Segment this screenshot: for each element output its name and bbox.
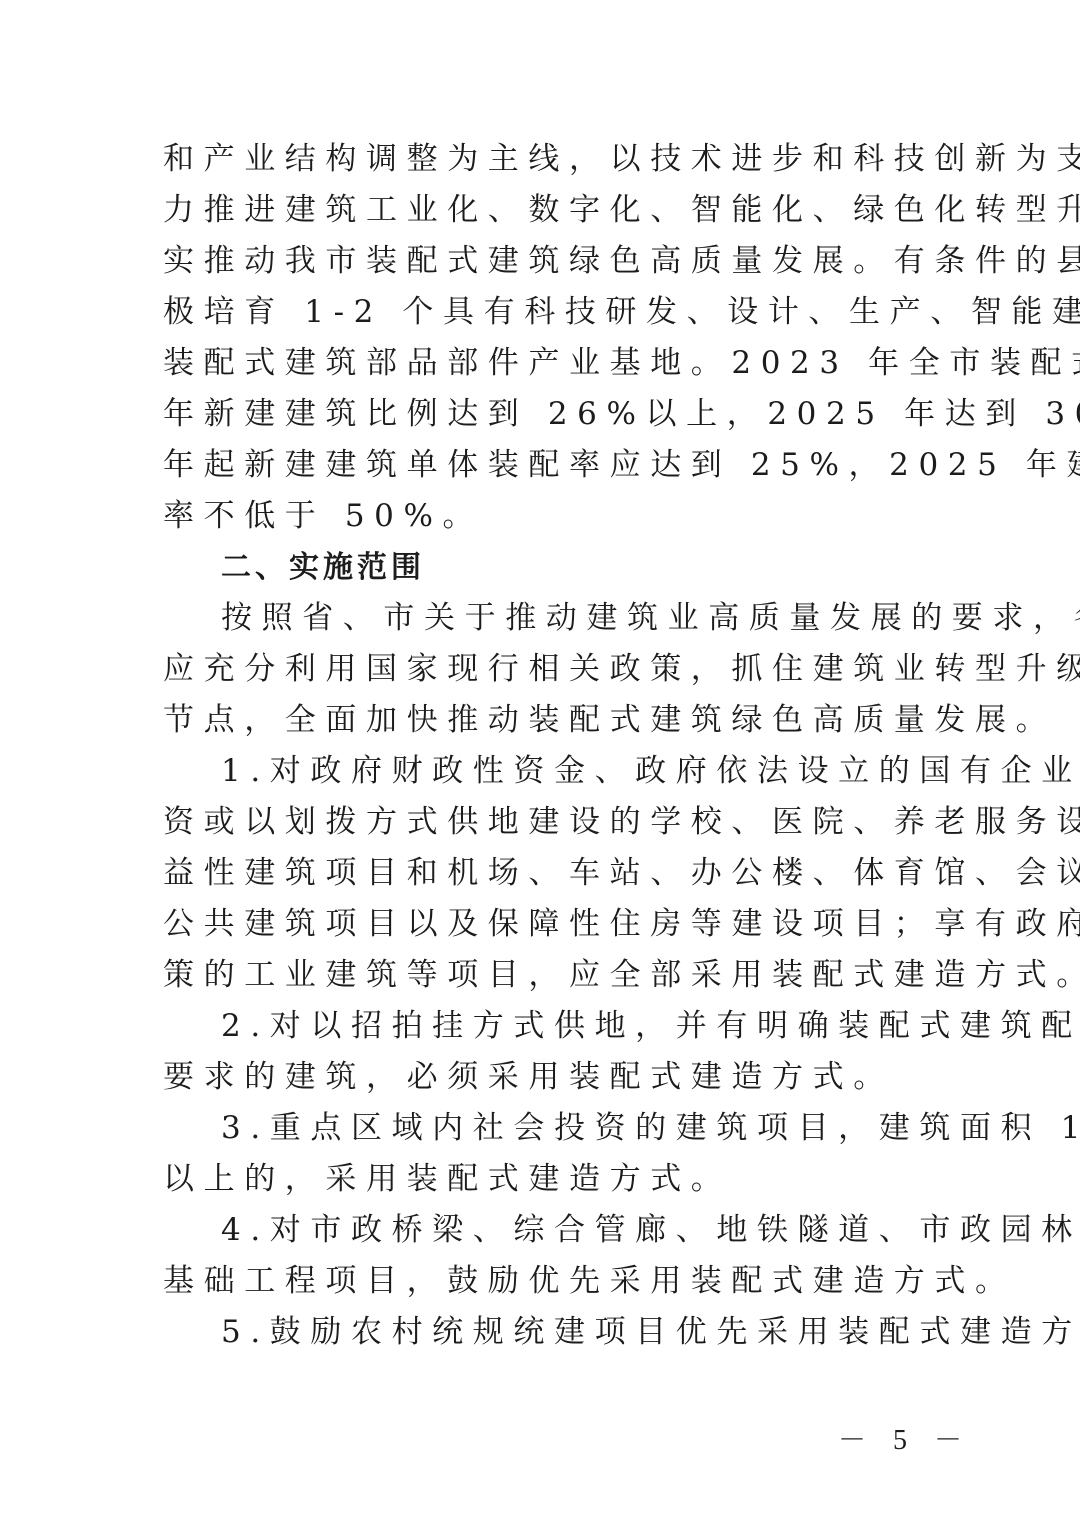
document-page: 和产业结构调整为主线，以技术进步和科技创新为支撑，大 力推进建筑工业化、数字化、… — [163, 134, 923, 1358]
text-line: 5.鼓励农村统规统建项目优先采用装配式建造方式。 — [163, 1307, 923, 1358]
text-line: 极培育 1-2 个具有科技研发、设计、生产、智能建造能力的 — [163, 287, 923, 338]
text-line: 公共建筑项目以及保障性住房等建设项目；享有政府扶持政 — [163, 899, 923, 950]
list-item-2: 2.对以招拍挂方式供地，并有明确装配式建筑配建比例 要求的建筑，必须采用装配式建… — [163, 1001, 923, 1103]
text-line: 3.重点区域内社会投资的建筑项目，建筑面积 1 万平米 — [163, 1103, 923, 1154]
text-line: 1.对政府财政性资金、政府依法设立的国有企业全额投 — [163, 746, 923, 797]
text-line: 年起新建建筑单体装配率应达到 25%，2025 年建筑单体装配 — [163, 440, 923, 491]
text-line: 按照省、市关于推动建筑业高质量发展的要求，各县区 — [163, 593, 923, 644]
page-number: － 5 － — [838, 1418, 972, 1458]
text-line: 2.对以招拍挂方式供地，并有明确装配式建筑配建比例 — [163, 1001, 923, 1052]
text-line: 年新建建筑比例达到 26%以上，2025 年达到 30%以上。2023 — [163, 389, 923, 440]
text-line: 应充分利用国家现行相关政策，抓住建筑业转型升级的关键 — [163, 644, 923, 695]
text-line: 基础工程项目，鼓励优先采用装配式建造方式。 — [163, 1256, 923, 1307]
section-heading: 二、实施范围 — [163, 542, 923, 593]
list-item-5: 5.鼓励农村统规统建项目优先采用装配式建造方式。 — [163, 1307, 923, 1358]
text-line: 策的工业建筑等项目，应全部采用装配式建造方式。 — [163, 950, 923, 1001]
text-line: 装配式建筑部品部件产业基地。2023 年全市装配式建筑占当 — [163, 338, 923, 389]
text-line: 力推进建筑工业化、数字化、智能化、绿色化转型升级，切 — [163, 185, 923, 236]
text-line: 资或以划拨方式供地建设的学校、医院、养老服务设施等公 — [163, 797, 923, 848]
list-item-3: 3.重点区域内社会投资的建筑项目，建筑面积 1 万平米 以上的，采用装配式建造方… — [163, 1103, 923, 1205]
text-line: 要求的建筑，必须采用装配式建造方式。 — [163, 1052, 923, 1103]
text-line: 和产业结构调整为主线，以技术进步和科技创新为支撑，大 — [163, 134, 923, 185]
text-line: 实推动我市装配式建筑绿色高质量发展。有条件的县区要积 — [163, 236, 923, 287]
text-line: 率不低于 50%。 — [163, 491, 923, 542]
list-item-1: 1.对政府财政性资金、政府依法设立的国有企业全额投 资或以划拨方式供地建设的学校… — [163, 746, 923, 1001]
continuation-paragraph: 和产业结构调整为主线，以技术进步和科技创新为支撑，大 力推进建筑工业化、数字化、… — [163, 134, 923, 542]
text-line: 4.对市政桥梁、综合管廊、地铁隧道、市政园林等市政 — [163, 1205, 923, 1256]
list-item-4: 4.对市政桥梁、综合管廊、地铁隧道、市政园林等市政 基础工程项目，鼓励优先采用装… — [163, 1205, 923, 1307]
text-line: 益性建筑项目和机场、车站、办公楼、体育馆、会议展馆等 — [163, 848, 923, 899]
text-line: 节点，全面加快推动装配式建筑绿色高质量发展。 — [163, 695, 923, 746]
intro-paragraph: 按照省、市关于推动建筑业高质量发展的要求，各县区 应充分利用国家现行相关政策，抓… — [163, 593, 923, 746]
text-line: 以上的，采用装配式建造方式。 — [163, 1154, 923, 1205]
